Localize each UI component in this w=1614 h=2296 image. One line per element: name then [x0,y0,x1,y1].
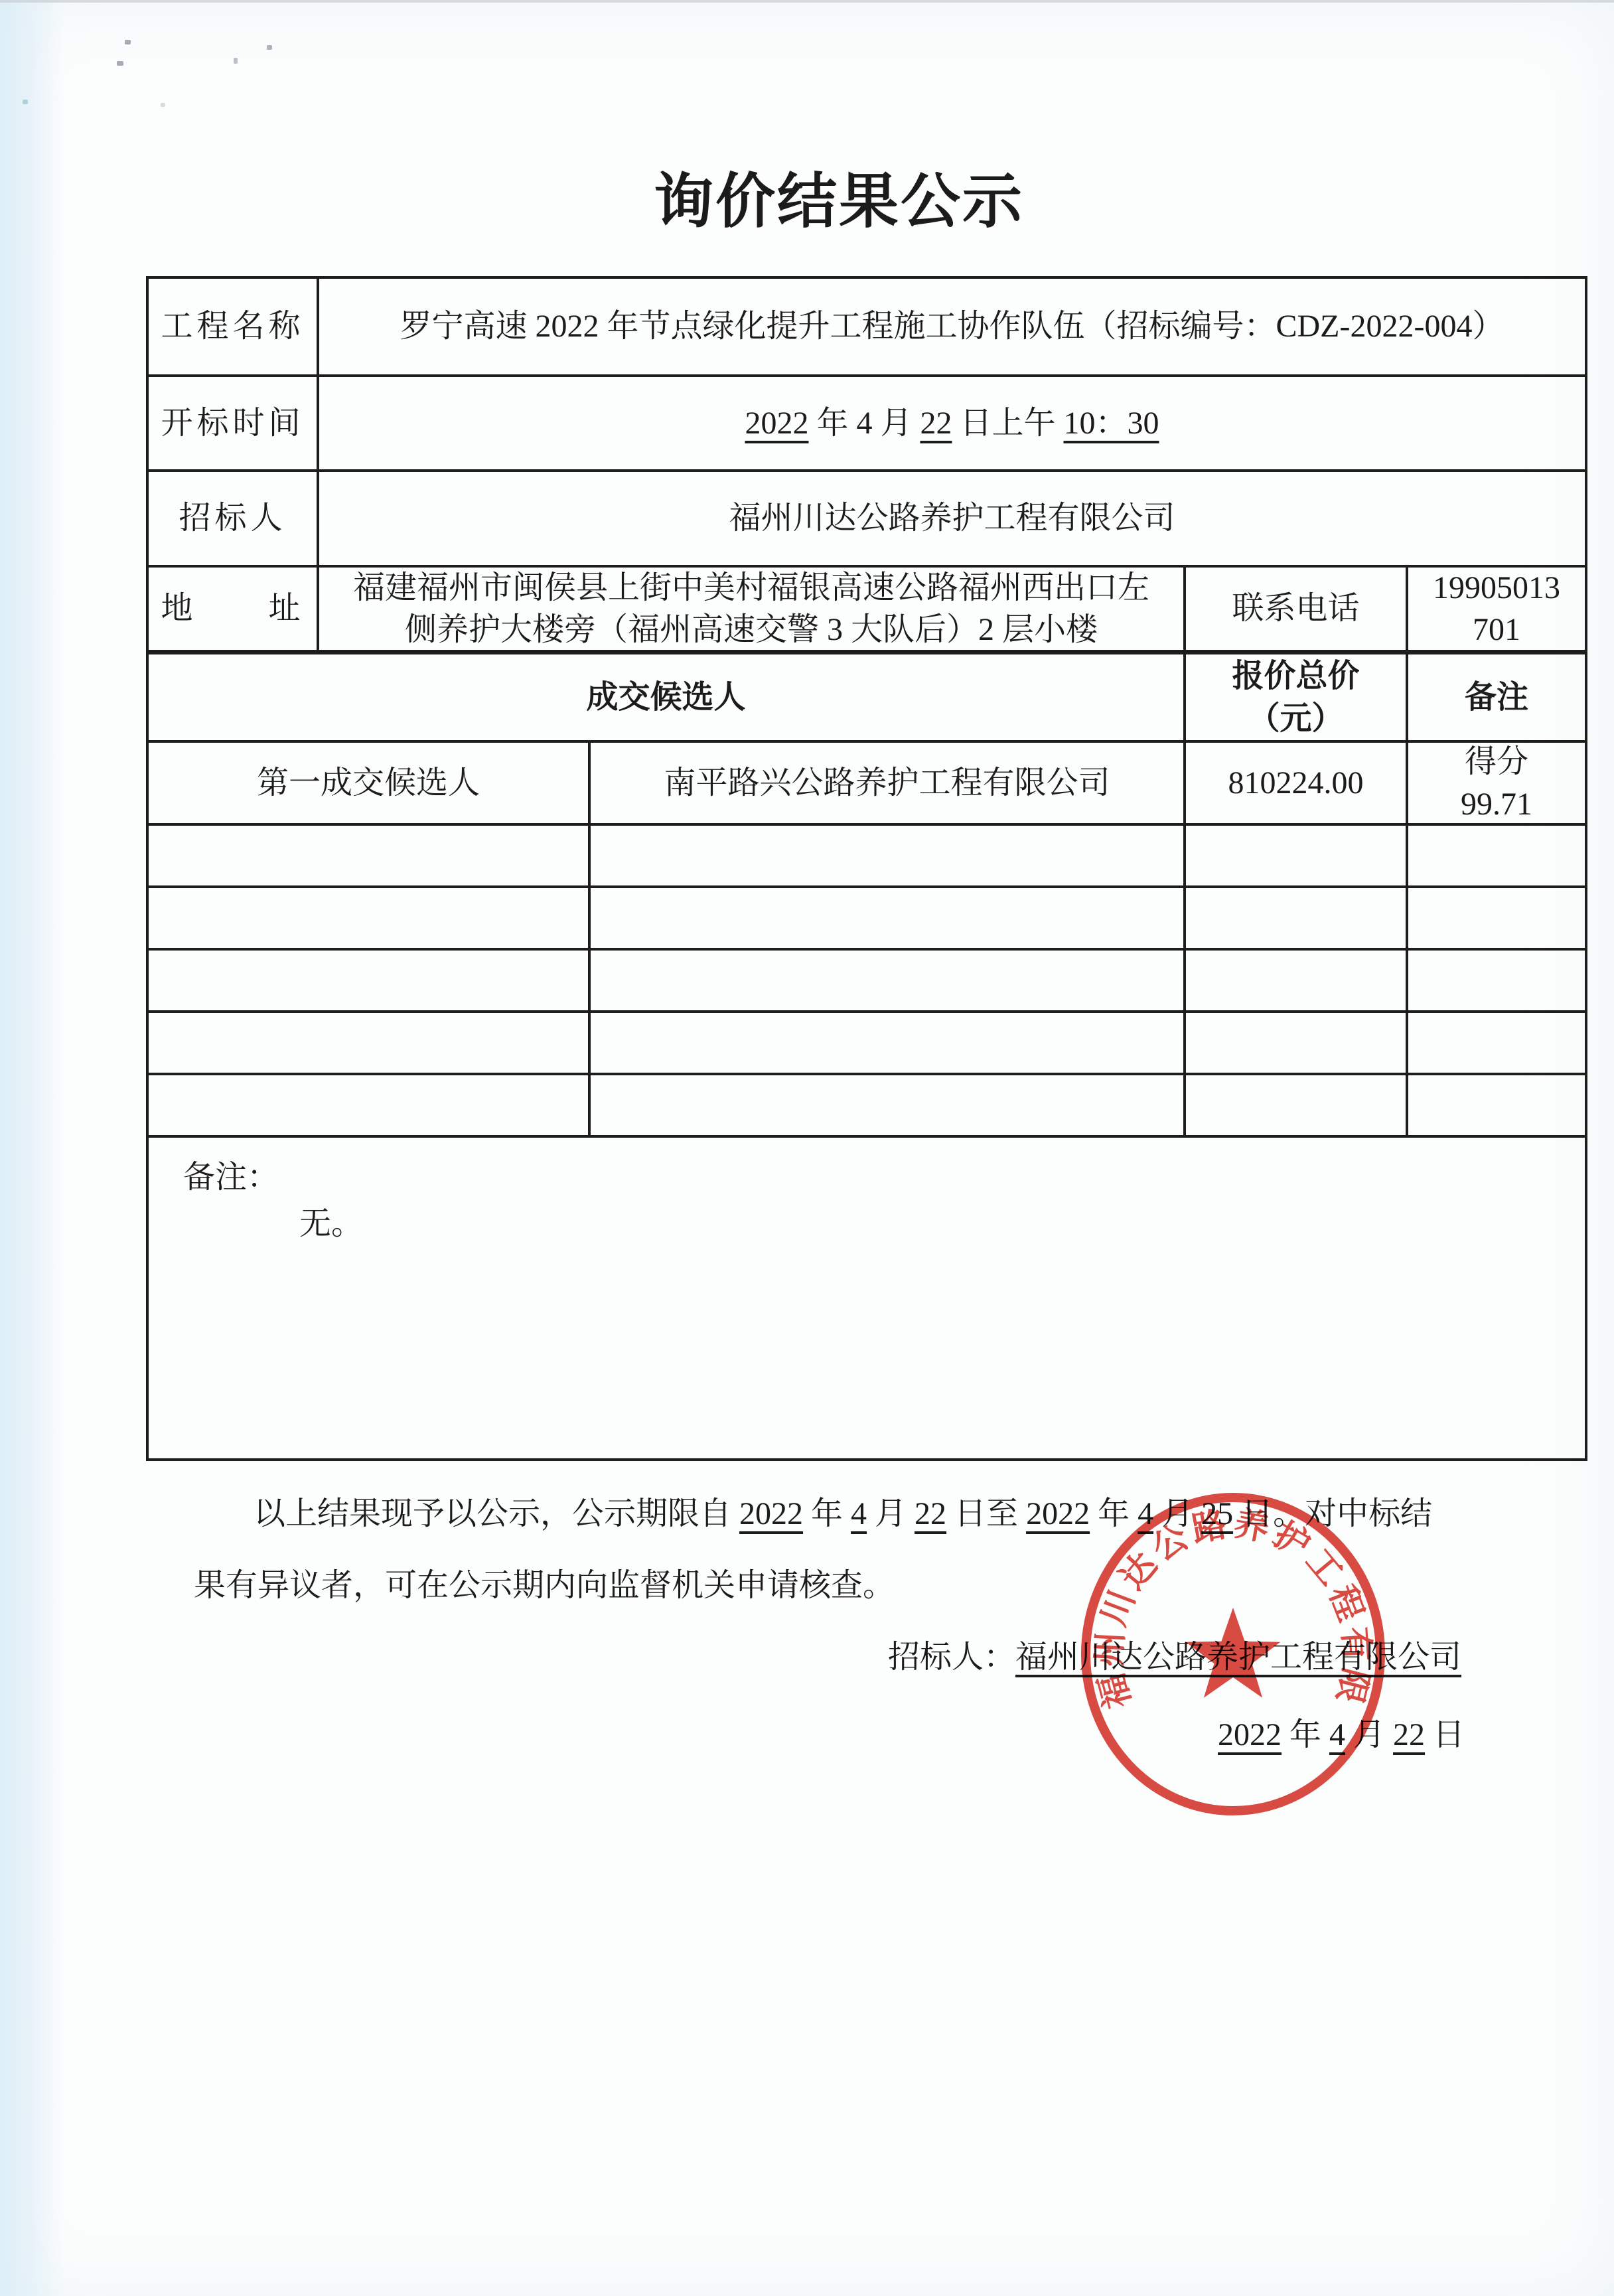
scan-top-edge [0,0,1614,3]
row-first-candidate: 第一成交候选人 南平路兴公路养护工程有限公司 810224.00 得分 99.7… [149,740,1585,823]
notice-paragraph-line-2: 果有异议者，可在公示期内向监督机关申请核查。 [194,1564,895,1608]
scan-artifact [267,45,272,50]
empty-row [149,1010,1585,1073]
remark-label: 备注： [183,1156,1585,1199]
scan-edge-tint [0,0,64,2296]
signature-label: 招标人： [888,1640,1015,1675]
seal-star-icon [1186,1608,1281,1698]
project-name-label: 工程名称 [149,279,319,374]
scan-artifact [23,100,28,104]
first-candidate-note: 得分 99.71 [1408,743,1585,823]
scan-artifact [117,61,123,66]
scanned-document-page: 询价结果公示 工程名称 罗宁高速 2022 年节点绿化提升工程施工协作队伍（招标… [0,0,1614,2296]
phone-line-2: 701 [1473,609,1520,650]
empty-row [149,1073,1585,1135]
tenderer-label: 招标人 [149,472,319,565]
address-line-2: 侧养护大楼旁（福州高速交警 3 大队后）2 层小楼 [405,609,1098,650]
project-name-value: 罗宁高速 2022 年节点绿化提升工程施工协作队伍（招标编号：CDZ-2022-… [319,279,1585,374]
bid-open-time-value: 2022 年 4 月 22 日上午 10：30 [319,377,1585,469]
row-remark: 备注： 无。 [149,1135,1585,1458]
row-project-name: 工程名称 罗宁高速 2022 年节点绿化提升工程施工协作队伍（招标编号：CDZ-… [149,279,1585,374]
note-header: 备注 [1408,654,1585,740]
first-candidate-company: 南平路兴公路养护工程有限公司 [591,743,1186,823]
page-title: 询价结果公示 [654,153,1024,239]
total-price-header-line-2: （元） [1248,698,1343,739]
address-label: 地 址 [149,568,319,650]
scan-artifact [125,40,131,44]
company-seal: 福州川达公路养护工程有限公司 [1076,1488,1390,1820]
row-address: 地 址 福建福州市闽侯县上街中美村福银高速公路福州西出口左 侧养护大楼旁（福州高… [149,565,1585,650]
empty-row [149,948,1585,1010]
total-price-header: 报价总价 （元） [1186,654,1408,740]
phone-value: 19905013 701 [1408,568,1585,650]
row-tenderer: 招标人 福州川达公路养护工程有限公司 [149,469,1585,565]
scan-artifact [234,58,238,64]
first-candidate-price: 810224.00 [1186,743,1408,823]
empty-row [149,885,1585,948]
first-candidate-rank: 第一成交候选人 [149,743,591,823]
bid-open-time-label: 开标时间 [149,377,319,469]
row-bid-open-time: 开标时间 2022 年 4 月 22 日上午 10：30 [149,374,1585,469]
empty-row [149,823,1585,885]
bid-open-time-text: 2022 年 4 月 22 日上午 10：30 [745,402,1159,444]
phone-line-1: 19905013 [1433,568,1560,609]
total-price-header-line-1: 报价总价 [1232,655,1359,697]
remark-value: 无。 [299,1203,1585,1245]
score-value: 99.71 [1461,783,1532,824]
phone-label: 联系电话 [1186,568,1408,650]
candidates-header-label: 成交候选人 [149,654,1186,740]
scan-artifact [161,103,165,107]
results-table: 工程名称 罗宁高速 2022 年节点绿化提升工程施工协作队伍（招标编号：CDZ-… [146,276,1587,1461]
row-candidates-header: 成交候选人 报价总价 （元） 备注 [149,650,1585,740]
address-line-1: 福建福州市闽侯县上街中美村福银高速公路福州西出口左 [353,568,1149,609]
address-value: 福建福州市闽侯县上街中美村福银高速公路福州西出口左 侧养护大楼旁（福州高速交警 … [319,568,1186,650]
tenderer-value: 福州川达公路养护工程有限公司 [319,472,1585,565]
remark-cell: 备注： 无。 [149,1138,1585,1458]
score-label: 得分 [1465,743,1528,783]
